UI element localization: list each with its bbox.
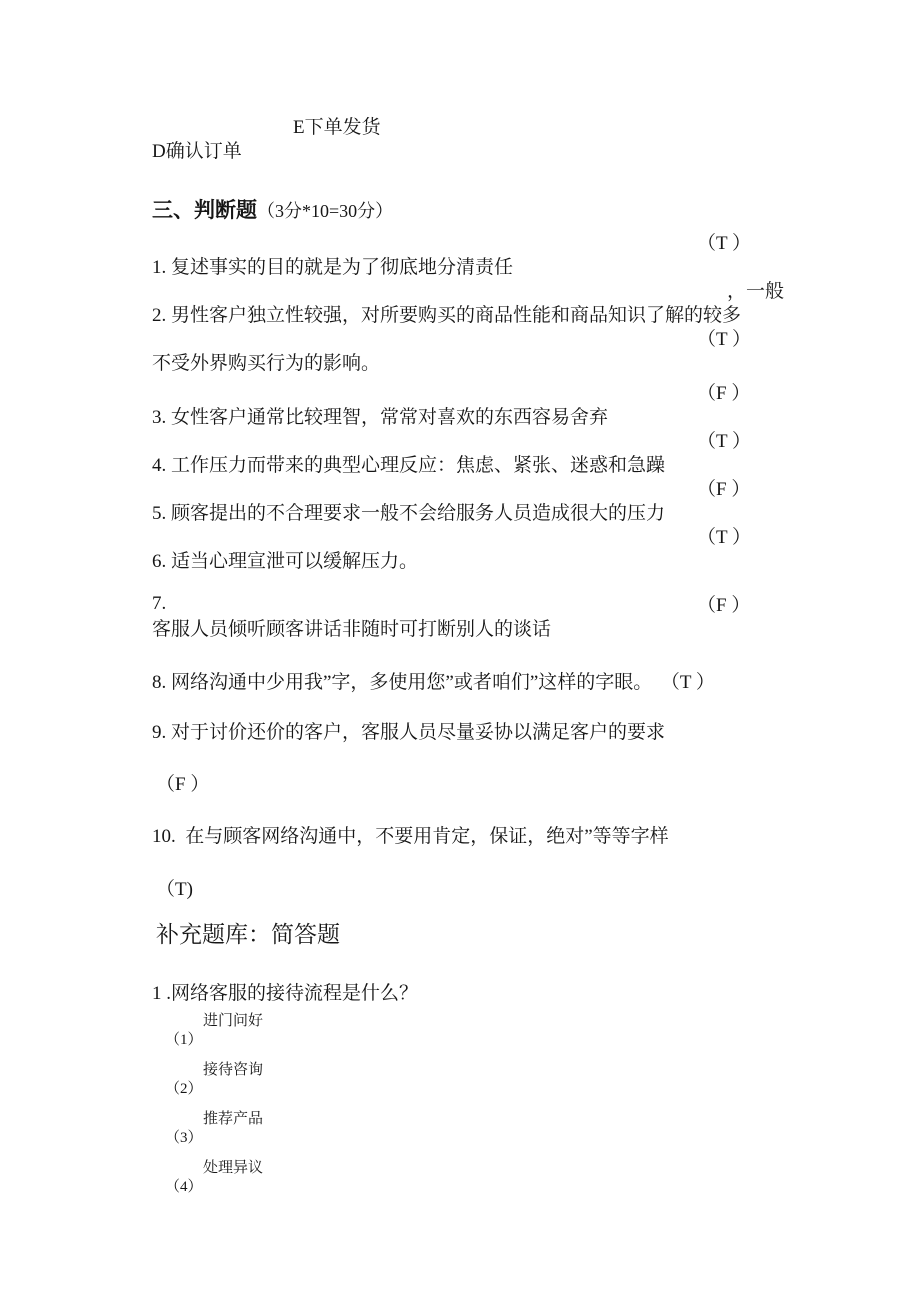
q5-text: 5. 顾客提出的不合理要求一般不会给服务人员造成很大的压力	[152, 503, 665, 524]
q6-answer: （T ）	[697, 526, 751, 550]
q3-text: 3. 女性客户通常比较理智，常常对喜欢的东西容易舍弃	[152, 407, 608, 428]
option-d: D确认订单	[152, 141, 242, 162]
q4-answer: （T ）	[697, 430, 751, 454]
q1-answer: （T ）	[697, 232, 751, 256]
q7-text: 客服人员倾听顾客讲话非随时可打断别人的谈话	[152, 619, 551, 640]
step4-number: （4）	[165, 1179, 203, 1195]
step3-number: （3）	[165, 1130, 203, 1146]
option-e: E下单发货	[293, 116, 381, 140]
q4-text: 4. 工作压力而带来的典型心理反应：焦虑、紧张、迷惑和急躁	[152, 455, 665, 476]
q1-text: 1. 复述事实的目的就是为了彻底地分清责任	[152, 257, 513, 278]
q2-text-line1: 2. 男性客户独立性较强，对所要购买的商品性能和商品知识了解的较多	[152, 305, 741, 326]
document-page: D确认订单 E下单发货 三、判断题（3分*10=30分） 1. 复述事实的目的就…	[0, 0, 920, 1303]
step1-text: 进门问好	[203, 1012, 263, 1031]
supplement-step-4: （4） 处理异议	[0, 1159, 920, 1235]
q8-answer: （T ）	[670, 672, 715, 693]
step2-text: 接待咨询	[203, 1061, 263, 1080]
q9-text: 9. 对于讨价还价的客户，客服人员尽量妥协以满足客户的要求	[152, 722, 665, 743]
q10-answer: （T)	[156, 879, 193, 900]
q2-answer: （T ）	[697, 328, 751, 352]
q2-text-tail: ，一般	[727, 280, 784, 304]
supplement-heading-text: 补充题库：简答题	[156, 922, 340, 947]
judgment-heading-score: （3分*10=30分）	[257, 201, 393, 221]
q5-answer: （F ）	[697, 478, 750, 502]
q9-answer: （F ）	[156, 774, 209, 795]
step1-number: （1）	[165, 1032, 203, 1048]
q7-answer: （F ）	[697, 594, 750, 618]
q3-answer: （F ）	[697, 382, 750, 406]
judgment-heading-title: 三、判断题	[152, 198, 257, 222]
q10-text: 10. 在与顾客网络沟通中，不要用肯定，保证，绝对”等等字样	[152, 826, 669, 847]
supplement-question1-text: 1 .网络客服的接待流程是什么？	[152, 983, 418, 1004]
step3-text: 推荐产品	[203, 1110, 263, 1129]
q8-text: 8. 网络沟通中少用我”字，多使用您”或者咱们”这样的字眼。	[152, 672, 652, 693]
step4-text: 处理异议	[203, 1159, 263, 1178]
q2-text-line2: 不受外界购买行为的影响。	[152, 353, 380, 374]
step2-number: （2）	[165, 1081, 203, 1097]
